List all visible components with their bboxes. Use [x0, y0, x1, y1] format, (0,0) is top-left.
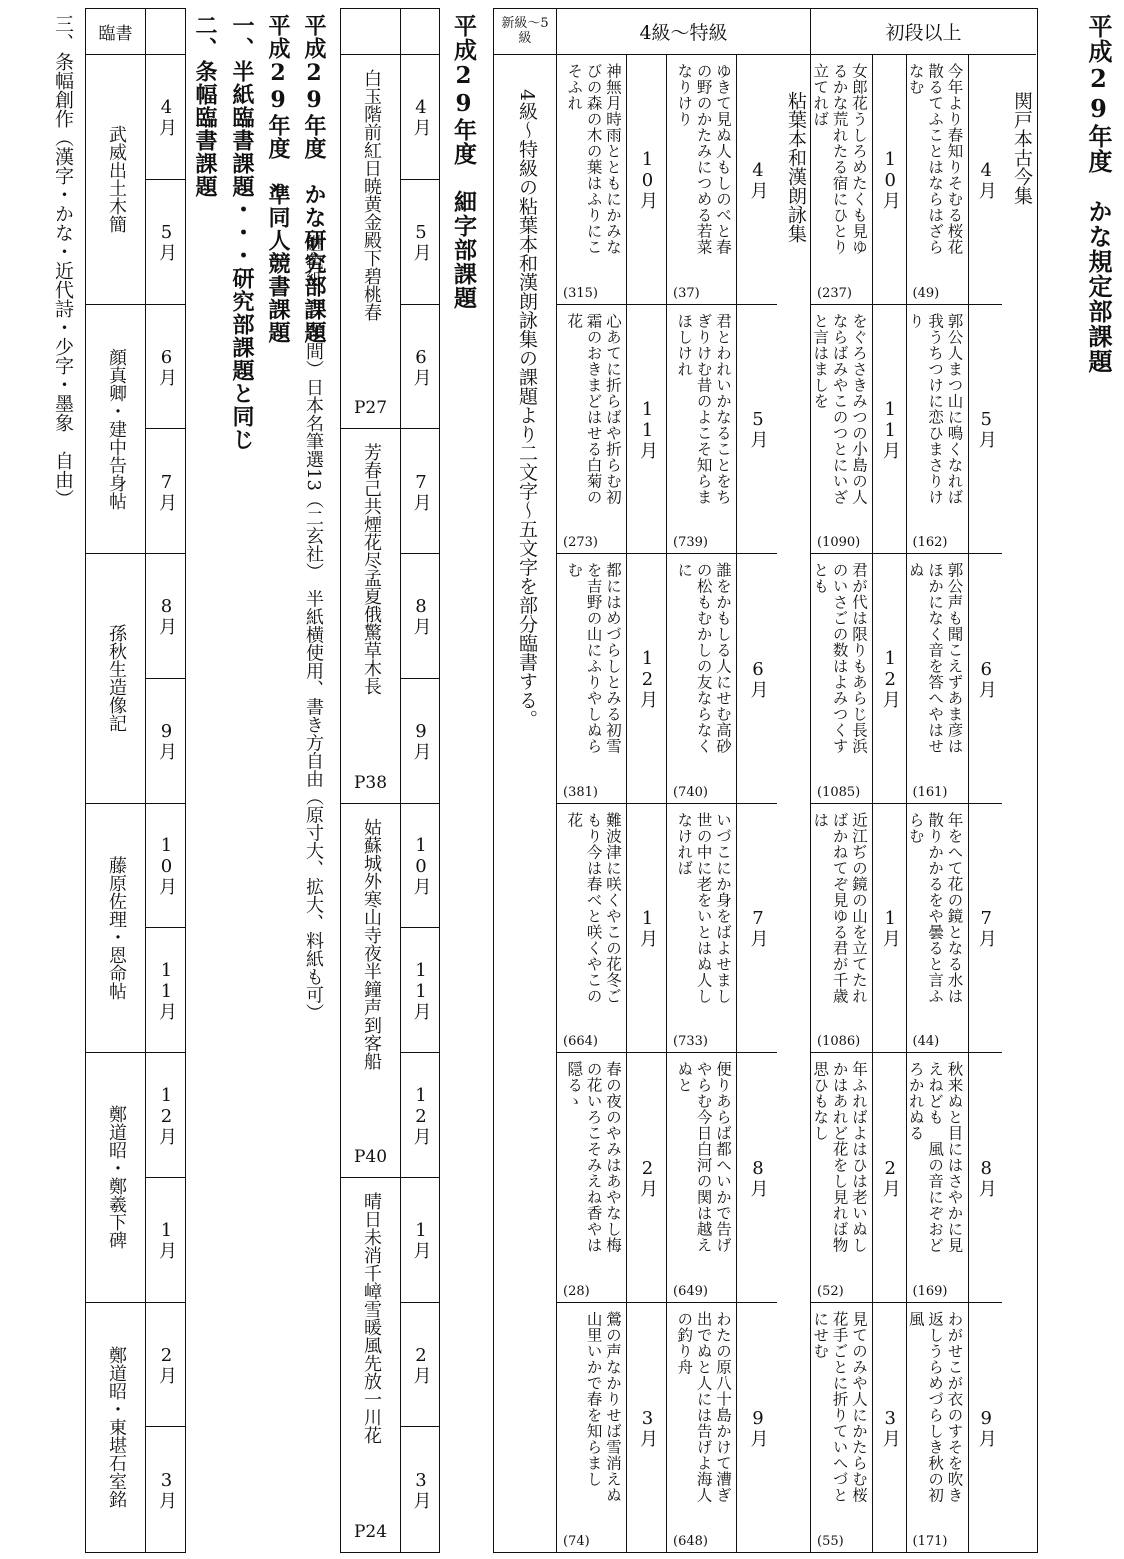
month-cell: 7月 [969, 804, 1003, 1054]
month-label: 12月 [156, 1085, 175, 1145]
month-label: 6月 [156, 347, 175, 386]
kana-research-detail: 継色紙（一年間）日本名筆選13（二玄社） 半紙横使用、書き方自由（原寸大、拡大、… [304, 234, 322, 1022]
month-cell: 7月 [146, 429, 185, 554]
poem-cell: 君とわれいかなることをち ぎりけむ昔のよこそ知らま ほしけれ(739) [667, 305, 737, 555]
month-cell: 3月 [873, 1303, 907, 1553]
poem-cell: 今年より春知りそむる桜花 散るてふことはならはざら なむ(49) [907, 55, 969, 305]
month-label: 3月 [411, 1470, 430, 1509]
poem-text: わがせこが衣のすそを吹き 返しうらめづらしき秋の初 風 [905, 1311, 963, 1526]
month-cell: 1月 [146, 1178, 185, 1303]
rinsho-text-cell: 孫秋生造像記 [86, 554, 146, 804]
month-label: 12月 [880, 648, 899, 708]
poem-cell: をぐろさきみつの小島の人 ならばみやこのつとにいざ と言はましを(1090) [811, 305, 873, 555]
poem-number: (648) [673, 1534, 708, 1549]
poem-cell: 女郎花うしろめたくも見ゆ るかな荒れたる宿にひとり 立てれば(237) [811, 55, 873, 305]
month-label: 5月 [411, 222, 430, 261]
month-label: 9月 [976, 1408, 995, 1447]
poem-number: (1086) [817, 1034, 860, 1049]
month-label: 3月 [637, 1408, 656, 1447]
poem-cell: わがせこが衣のすそを吹き 返しうらめづらしき秋の初 風(171) [907, 1303, 969, 1553]
saiji-text: 芳春己共煙花尽孟夏俄驚草木長 [361, 443, 380, 802]
note-item-3: 三、条幅創作（漢字・かな・近代詩・少字・墨象 自由） [53, 14, 72, 508]
poem-text: 近江ぢの鏡の山を立てたれ ばかねてぞ見ゆる君が千歳 は [810, 812, 868, 1027]
poem-cell: 郭公人まつ山に鳴くなれば 我うちつけに恋ひまさりけ り(162) [907, 305, 969, 555]
poem-number: (52) [817, 1284, 844, 1299]
poem-number: (740) [673, 785, 708, 800]
rinsho-text-cell: 顔真卿・建中告身帖 [86, 305, 146, 555]
month-label: 9月 [748, 1408, 767, 1447]
month-label: 4月 [156, 97, 175, 136]
poem-number: (55) [817, 1534, 844, 1549]
header-dan: 初段以上 [811, 9, 1036, 55]
month-cell: 11月 [146, 928, 185, 1053]
saiji-page: P27 [341, 398, 400, 418]
poem-number: (49) [913, 286, 940, 301]
month-label: 3月 [156, 1470, 175, 1509]
poem-number: (381) [563, 785, 598, 800]
month-cell: 4月 [401, 55, 439, 180]
poem-cell: 秋来ぬと目にはさやかに見 えねども 風の音にぞおど ろかれぬる(169) [907, 1053, 969, 1303]
month-label: 12月 [411, 1085, 430, 1145]
month-cell: 1月 [627, 804, 667, 1054]
month-cell: 5月 [401, 180, 439, 305]
month-cell: 9月 [146, 679, 185, 804]
month-cell: 9月 [737, 1303, 777, 1553]
poem-number: (37) [673, 286, 700, 301]
month-label: 8月 [748, 1158, 767, 1197]
month-cell: 10月 [873, 55, 907, 305]
poem-text: ゆきて見ぬ人もしのべと春 の野のかたみにつめる若菜 なりけり [674, 63, 732, 278]
month-label: 2月 [156, 1345, 175, 1384]
poem-text: 誰をかもしる人にせむ高砂 の松もむかしの友ならなく に [674, 562, 732, 777]
poem-text: 年をへて花の鏡となる水は 散りかかるをや曇ると言ふ らむ [905, 812, 963, 1027]
poem-text: わたの原八十島かけて漕ぎ 出でぬと人には告げよ海人 の釣り舟 [674, 1311, 732, 1526]
poem-text: 見てのみや人にかたらむ桜 花手ごとに折りていへづと にせむ [810, 1311, 868, 1526]
month-cell: 10月 [627, 55, 667, 305]
month-label: 4月 [411, 97, 430, 136]
poem-number: (739) [673, 535, 708, 550]
month-label: 9月 [411, 721, 430, 760]
month-label: 2月 [637, 1158, 656, 1197]
poem-cell: 君が代は限りもあらじ長浜 のいさごの数はよみつくす とも(1085) [811, 554, 873, 804]
month-cell: 10月 [146, 804, 185, 929]
poem-number: (1085) [817, 785, 860, 800]
month-cell: 11月 [401, 928, 439, 1053]
rinsho-header: 臨書 [86, 9, 146, 55]
poem-cell: 年をへて花の鏡となる水は 散りかかるをや曇ると言ふ らむ(44) [907, 804, 969, 1054]
month-label: 3月 [880, 1408, 899, 1447]
note-item-2: 二、条幅臨書課題 [194, 14, 216, 198]
month-label: 10月 [637, 149, 656, 209]
month-cell: 4月 [969, 55, 1003, 305]
rinsho-text: 鄭道昭・東堪石室銘 [106, 1346, 125, 1508]
saiji-text: 白玉階前紅日暁黄金殿下碧桃春 [361, 69, 380, 428]
rinsho-table: 臨書 武威出土木簡4月5月顔真卿・建中告身帖6月7月孫秋生造像記8月9月藤原佐理… [85, 8, 186, 1553]
month-label: 8月 [411, 596, 430, 635]
month-label: 5月 [748, 409, 767, 448]
month-label: 7月 [976, 908, 995, 947]
month-label: 1月 [637, 908, 656, 947]
saiji-text: 晴日未消千嶂雪暖風先放一川花 [361, 1192, 380, 1552]
kana-section-title: 平成29年度 かな規定部課題 [1086, 14, 1110, 374]
poem-cell: 郭公声も聞こえずあま彦は ほかになく音を答へやはせ ぬ(161) [907, 554, 969, 804]
poem-cell: 便りあらば都へいかで告げ やらむ今日白河の関は越え ぬと(649) [667, 1053, 737, 1303]
poem-text: 心あてに折らばや折らむ初 霜のおきまどはせる白菊の 花 [564, 313, 622, 528]
header-kyu: 4級〜特級 [557, 9, 811, 55]
month-label: 7月 [748, 908, 767, 947]
poem-cell: 見てのみや人にかたらむ桜 花手ごとに折りていへづと にせむ(55) [811, 1303, 873, 1553]
saiji-text-cell: 芳春己共煙花尽孟夏俄驚草木長P38 [341, 429, 401, 803]
month-label: 4月 [976, 160, 995, 199]
poem-cell: 鶯の声なかりせば雪消えぬ 山里いかで春を知らまし(74) [557, 1303, 627, 1553]
month-label: 10月 [411, 835, 430, 895]
month-cell: 5月 [146, 180, 185, 305]
month-cell: 12月 [627, 554, 667, 804]
collection-kyu: 粘葉本和漢朗詠集 [777, 55, 811, 1552]
rinsho-text: 藤原佐理・恩命帖 [106, 856, 125, 1000]
saiji-text-cell: 姑蘇城外寒山寺夜半鐘声到客船P40 [341, 804, 401, 1178]
rinsho-text: 鄭道昭・鄭羲下碑 [106, 1105, 125, 1249]
month-cell: 8月 [737, 1053, 777, 1303]
month-label: 11月 [637, 399, 656, 459]
month-cell: 6月 [146, 305, 185, 430]
kana-table: 新級〜5級 4級〜特級 初段以上 4級〜特級の粘葉本和漢朗詠集の課題より二文字〜… [493, 8, 1038, 1553]
month-cell: 6月 [969, 554, 1003, 804]
poem-number: (171) [913, 1534, 948, 1549]
month-label: 1月 [880, 908, 899, 947]
month-cell: 3月 [401, 1427, 439, 1552]
poem-number: (162) [913, 535, 948, 550]
month-cell: 1月 [401, 1178, 439, 1303]
poem-text: 春の夜のやみはあやなし梅 の花いろこそみえね香やは 隠るゝ [564, 1061, 622, 1276]
saiji-page: P38 [341, 773, 400, 793]
jundojin-title: 平成29年度 準同人競書課題 [267, 14, 289, 344]
poem-text: 神無月時雨とともにかみな びの森の木の葉はふりにこ そふれ [564, 63, 622, 278]
saiji-text-cell: 晴日未消千嶂雪暖風先放一川花P24 [341, 1178, 401, 1552]
poem-cell: 近江ぢの鏡の山を立てたれ ばかねてぞ見ゆる君が千歳 は(1086) [811, 804, 873, 1054]
month-cell: 3月 [146, 1427, 185, 1552]
kyu-grid: 神無月時雨とともにかみな びの森の木の葉はふりにこ そふれ(315)10月ゆきて… [557, 55, 777, 1552]
month-cell: 2月 [627, 1053, 667, 1303]
rinsho-text-cell: 武威出土木簡 [86, 55, 146, 305]
poem-text: 郭公人まつ山に鳴くなれば 我うちつけに恋ひまさりけ り [905, 313, 963, 528]
month-cell: 6月 [401, 305, 439, 430]
poem-text: 今年より春知りそむる桜花 散るてふことはならはざら なむ [905, 63, 963, 278]
saiji-table: 白玉階前紅日暁黄金殿下碧桃春P274月5月6月芳春己共煙花尽孟夏俄驚草木長P38… [340, 8, 440, 1553]
poem-number: (237) [817, 286, 852, 301]
poem-cell: 都にはめづらしとみる初雪 を吉野の山にふりやしぬら む(381) [557, 554, 627, 804]
poem-text: 秋来ぬと目にはさやかに見 えねども 風の音にぞおど ろかれぬる [905, 1061, 963, 1276]
poem-text: 難波津に咲くやこの花冬ご もり今は春べと咲くやこの 花 [564, 812, 622, 1027]
poem-cell: いづこにか身をばよせまし 世の中に老をいとはぬ人し なければ(733) [667, 804, 737, 1054]
month-cell: 1月 [873, 804, 907, 1054]
month-cell: 2月 [401, 1303, 439, 1428]
month-cell: 8月 [401, 554, 439, 679]
poem-number: (649) [673, 1284, 708, 1299]
month-label: 6月 [976, 659, 995, 698]
rinsho-rows: 武威出土木簡4月5月顔真卿・建中告身帖6月7月孫秋生造像記8月9月藤原佐理・恩命… [86, 55, 185, 1552]
month-label: 8月 [976, 1158, 995, 1197]
month-cell: 7月 [401, 429, 439, 554]
month-cell: 4月 [146, 55, 185, 180]
month-label: 7月 [411, 472, 430, 511]
poem-text: 君とわれいかなることをち ぎりけむ昔のよこそ知らま ほしけれ [674, 313, 732, 528]
month-label: 2月 [880, 1158, 899, 1197]
poem-number: (315) [563, 286, 598, 301]
rinsho-text: 顔真卿・建中告身帖 [106, 348, 125, 510]
month-cell: 11月 [873, 305, 907, 555]
month-cell: 5月 [737, 305, 777, 555]
poem-cell: 神無月時雨とともにかみな びの森の木の葉はふりにこ そふれ(315) [557, 55, 627, 305]
saiji-section-title: 平成29年度 細字部課題 [452, 14, 475, 310]
note-item-1: 一、半紙臨書課題・・・研究部課題と同じ [231, 14, 253, 451]
saiji-text-cell: 白玉階前紅日暁黄金殿下碧桃春P27 [341, 55, 401, 429]
month-cell: 2月 [146, 1303, 185, 1428]
month-cell: 4月 [737, 55, 777, 305]
month-cell: 3月 [627, 1303, 667, 1553]
rinsho-text-cell: 鄭道昭・東堪石室銘 [86, 1303, 146, 1553]
poem-text: 君が代は限りもあらじ長浜 のいさごの数はよみつくす とも [810, 562, 868, 777]
poem-number: (664) [563, 1034, 598, 1049]
month-cell: 6月 [737, 554, 777, 804]
poem-text: 女郎花うしろめたくも見ゆ るかな荒れたる宿にひとり 立てれば [810, 63, 868, 278]
saiji-page: P24 [341, 1522, 400, 1542]
month-label: 2月 [411, 1345, 430, 1384]
poem-cell: ゆきて見ぬ人もしのべと春 の野のかたみにつめる若菜 なりけり(37) [667, 55, 737, 305]
month-label: 11月 [880, 399, 899, 459]
month-cell: 12月 [401, 1053, 439, 1178]
month-label: 6月 [411, 347, 430, 386]
poem-text: 年ふればよはひは老いぬし かはあれど花をし見れば物 思ひもなし [810, 1061, 868, 1276]
month-cell: 9月 [969, 1303, 1003, 1553]
month-label: 12月 [637, 648, 656, 708]
poem-number: (161) [913, 785, 948, 800]
month-cell: 7月 [737, 804, 777, 1054]
poem-cell: 年ふればよはひは老いぬし かはあれど花をし見れば物 思ひもなし(52) [811, 1053, 873, 1303]
poem-text: 郭公声も聞こえずあま彦は ほかになく音を答へやはせ ぬ [905, 562, 963, 777]
poem-cell: 春の夜のやみはあやなし梅 の花いろこそみえね香やは 隠るゝ(28) [557, 1053, 627, 1303]
month-label: 6月 [748, 659, 767, 698]
month-cell: 2月 [873, 1053, 907, 1303]
poem-number: (28) [563, 1284, 590, 1299]
poem-cell: 心あてに折らばや折らむ初 霜のおきまどはせる白菊の 花(273) [557, 305, 627, 555]
poem-text: 都にはめづらしとみる初雪 を吉野の山にふりやしぬら む [564, 562, 622, 777]
month-cell: 12月 [873, 554, 907, 804]
month-label: 1月 [156, 1220, 175, 1259]
month-label: 9月 [156, 721, 175, 760]
poem-number: (169) [913, 1284, 948, 1299]
poem-cell: 難波津に咲くやこの花冬ご もり今は春べと咲くやこの 花(664) [557, 804, 627, 1054]
month-cell: 8月 [146, 554, 185, 679]
collection-dan: 関戸本古今集 [1002, 55, 1036, 1552]
saiji-text: 姑蘇城外寒山寺夜半鐘声到客船 [361, 818, 380, 1177]
month-cell: 8月 [969, 1053, 1003, 1303]
month-label: 1月 [411, 1220, 430, 1259]
rinsho-text: 武威出土木簡 [106, 125, 125, 233]
dan-grid: 女郎花うしろめたくも見ゆ るかな荒れたる宿にひとり 立てれば(237)10月今年… [811, 55, 1002, 1552]
saiji-rows: 白玉階前紅日暁黄金殿下碧桃春P274月5月6月芳春己共煙花尽孟夏俄驚草木長P38… [341, 55, 439, 1552]
header-shin: 新級〜5級 [494, 9, 557, 55]
month-label: 5月 [156, 222, 175, 261]
month-label: 7月 [156, 472, 175, 511]
month-label: 11月 [411, 960, 430, 1020]
rinsho-text-cell: 鄭道昭・鄭羲下碑 [86, 1053, 146, 1303]
month-cell: 10月 [401, 804, 439, 929]
shin-note: 4級〜特級の粘葉本和漢朗詠集の課題より二文字〜五文字を部分臨書する。 [494, 55, 557, 1552]
month-cell: 11月 [627, 305, 667, 555]
poem-text: 鶯の声なかりせば雪消えぬ 山里いかで春を知らまし [583, 1311, 622, 1526]
poem-number: (733) [673, 1034, 708, 1049]
poem-cell: 誰をかもしる人にせむ高砂 の松もむかしの友ならなく に(740) [667, 554, 737, 804]
poem-cell: わたの原八十島かけて漕ぎ 出でぬと人には告げよ海人 の釣り舟(648) [667, 1303, 737, 1553]
month-label: 10月 [880, 149, 899, 209]
month-cell: 12月 [146, 1053, 185, 1178]
rinsho-text: 孫秋生造像記 [106, 624, 125, 732]
poem-text: 便りあらば都へいかで告げ やらむ今日白河の関は越え ぬと [674, 1061, 732, 1276]
poem-text: いづこにか身をばよせまし 世の中に老をいとはぬ人し なければ [674, 812, 732, 1027]
poem-number: (74) [563, 1534, 590, 1549]
saiji-page: P40 [341, 1147, 400, 1167]
poem-text: をぐろさきみつの小島の人 ならばみやこのつとにいざ と言はましを [810, 313, 868, 528]
poem-number: (1090) [817, 535, 860, 550]
month-label: 11月 [156, 960, 175, 1020]
poem-number: (273) [563, 535, 598, 550]
month-label: 8月 [156, 596, 175, 635]
poem-number: (44) [913, 1034, 940, 1049]
month-label: 10月 [156, 835, 175, 895]
month-label: 4月 [748, 160, 767, 199]
month-cell: 9月 [401, 679, 439, 804]
rinsho-text-cell: 藤原佐理・恩命帖 [86, 804, 146, 1054]
month-label: 5月 [976, 409, 995, 448]
month-cell: 5月 [969, 305, 1003, 555]
